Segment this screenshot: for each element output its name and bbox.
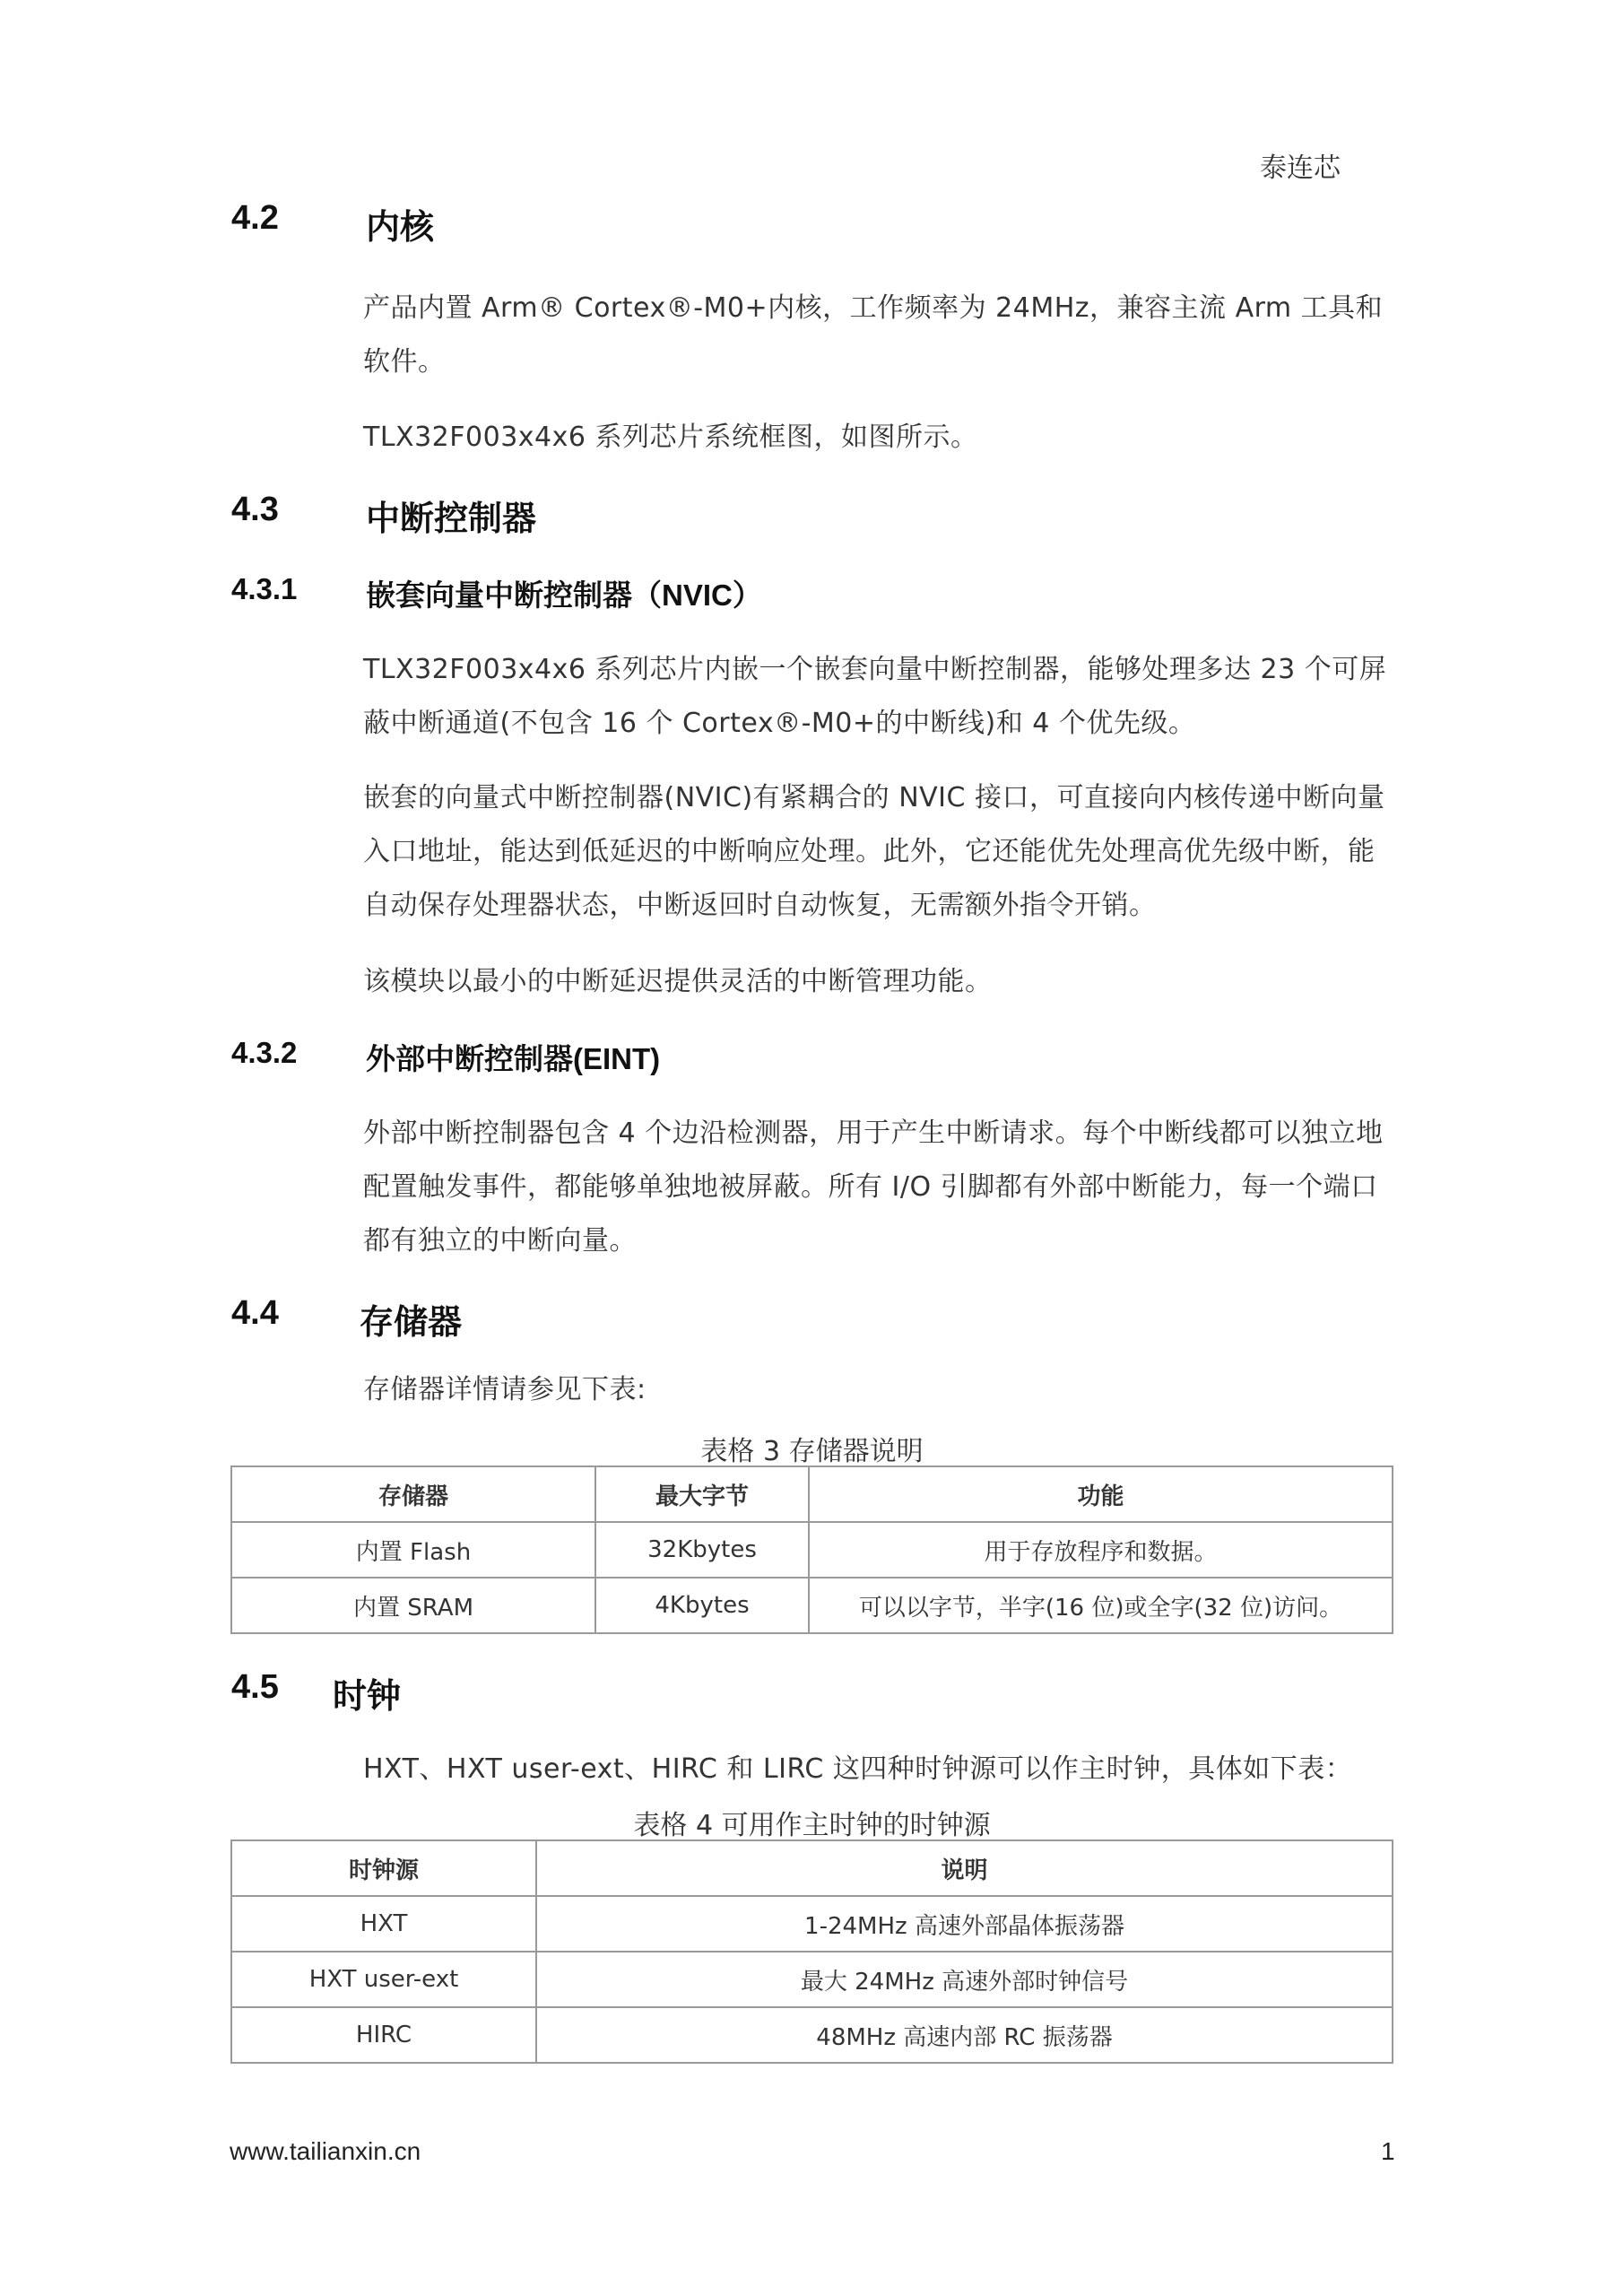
page-number: 1 — [1381, 2137, 1395, 2166]
table-caption: 表格 3 存储器说明 — [230, 1429, 1393, 1468]
paragraph: 产品内置 Arm® Cortex®-M0+内核，工作频率为 24MHz，兼容主流… — [363, 282, 1394, 389]
table-row: 内置 Flash 32Kbytes 用于存放程序和数据。 — [231, 1522, 1393, 1578]
section-number: 4.3.2 — [231, 1036, 297, 1069]
section-heading-4-3-2: 4.3.2 外部中断控制器(EINT) — [231, 1036, 297, 1070]
section-number: 4.4 — [231, 1294, 279, 1332]
section-title: 时钟 — [333, 1668, 401, 1718]
table-cell: 内置 Flash — [231, 1522, 595, 1578]
header-brand: 泰连芯 — [1260, 145, 1341, 185]
section-heading-4-3: 4.3 中断控制器 — [231, 491, 279, 529]
table-row: HXT user-ext 最大 24MHz 高速外部时钟信号 — [231, 1952, 1393, 2007]
section-title: 中断控制器 — [366, 491, 536, 540]
table-header-row: 存储器 最大字节 功能 — [231, 1466, 1393, 1522]
section-title: 嵌套向量中断控制器（NVIC） — [366, 572, 762, 614]
table-cell: 最大 24MHz 高速外部时钟信号 — [536, 1952, 1393, 2007]
table-header-cell: 最大字节 — [595, 1466, 809, 1522]
table-row: 内置 SRAM 4Kbytes 可以以字节，半字(16 位)或全字(32 位)访… — [231, 1578, 1393, 1633]
paragraph: 外部中断控制器包含 4 个边沿检测器，用于产生中断请求。每个中断线都可以独立地配… — [363, 1107, 1394, 1268]
table-cell: 48MHz 高速内部 RC 振荡器 — [536, 2007, 1393, 2063]
footer-website-link[interactable]: www.tailianxin.cn — [230, 2137, 421, 2166]
section-number: 4.2 — [231, 199, 279, 237]
table-caption: 表格 4 可用作主时钟的时钟源 — [230, 1803, 1393, 1842]
paragraph: TLX32F003x4x6 系列芯片内嵌一个嵌套向量中断控制器，能够处理多达 2… — [363, 643, 1394, 751]
section-heading-4-5: 4.5 时钟 — [231, 1668, 279, 1707]
table-cell: HIRC — [231, 2007, 536, 2063]
table-header-cell: 存储器 — [231, 1466, 595, 1522]
table-row: HXT 1-24MHz 高速外部晶体振荡器 — [231, 1896, 1393, 1952]
section-heading-4-3-1: 4.3.1 嵌套向量中断控制器（NVIC） — [231, 572, 297, 606]
section-heading-4-4: 4.4 存储器 — [231, 1294, 279, 1333]
section-heading-4-2: 4.2 内核 — [231, 199, 279, 238]
table-header-cell: 时钟源 — [231, 1840, 536, 1896]
paragraph: 嵌套的向量式中断控制器(NVIC)有紧耦合的 NVIC 接口，可直接向内核传递中… — [363, 771, 1394, 933]
table-cell: 4Kbytes — [595, 1578, 809, 1633]
paragraph: 该模块以最小的中断延迟提供灵活的中断管理功能。 — [363, 955, 1394, 1009]
table-cell: HXT — [231, 1896, 536, 1952]
section-title: 外部中断控制器(EINT) — [366, 1036, 660, 1078]
table-cell: 1-24MHz 高速外部晶体振荡器 — [536, 1896, 1393, 1952]
memory-table: 存储器 最大字节 功能 内置 Flash 32Kbytes 用于存放程序和数据。… — [230, 1465, 1393, 1634]
clock-source-table: 时钟源 说明 HXT 1-24MHz 高速外部晶体振荡器 HXT user-ex… — [230, 1839, 1393, 2064]
section-number: 4.3.1 — [231, 572, 297, 605]
section-title: 存储器 — [360, 1294, 462, 1344]
table-cell: 32Kbytes — [595, 1522, 809, 1578]
paragraph: 存储器详情请参见下表: — [363, 1363, 1394, 1417]
table-cell: 用于存放程序和数据。 — [809, 1522, 1393, 1578]
table-header-cell: 说明 — [536, 1840, 1393, 1896]
table-header-cell: 功能 — [809, 1466, 1393, 1522]
section-number: 4.5 — [231, 1668, 279, 1706]
table-row: HIRC 48MHz 高速内部 RC 振荡器 — [231, 2007, 1393, 2063]
section-title: 内核 — [366, 199, 434, 248]
section-number: 4.3 — [231, 491, 279, 528]
paragraph: TLX32F003x4x6 系列芯片系统框图，如图所示。 — [363, 411, 1394, 465]
table-header-row: 时钟源 说明 — [231, 1840, 1393, 1896]
table-cell: 内置 SRAM — [231, 1578, 595, 1633]
table-cell: 可以以字节，半字(16 位)或全字(32 位)访问。 — [809, 1578, 1393, 1633]
table-cell: HXT user-ext — [231, 1952, 536, 2007]
paragraph: HXT、HXT user-ext、HIRC 和 LIRC 这四种时钟源可以作主时… — [363, 1743, 1439, 1796]
